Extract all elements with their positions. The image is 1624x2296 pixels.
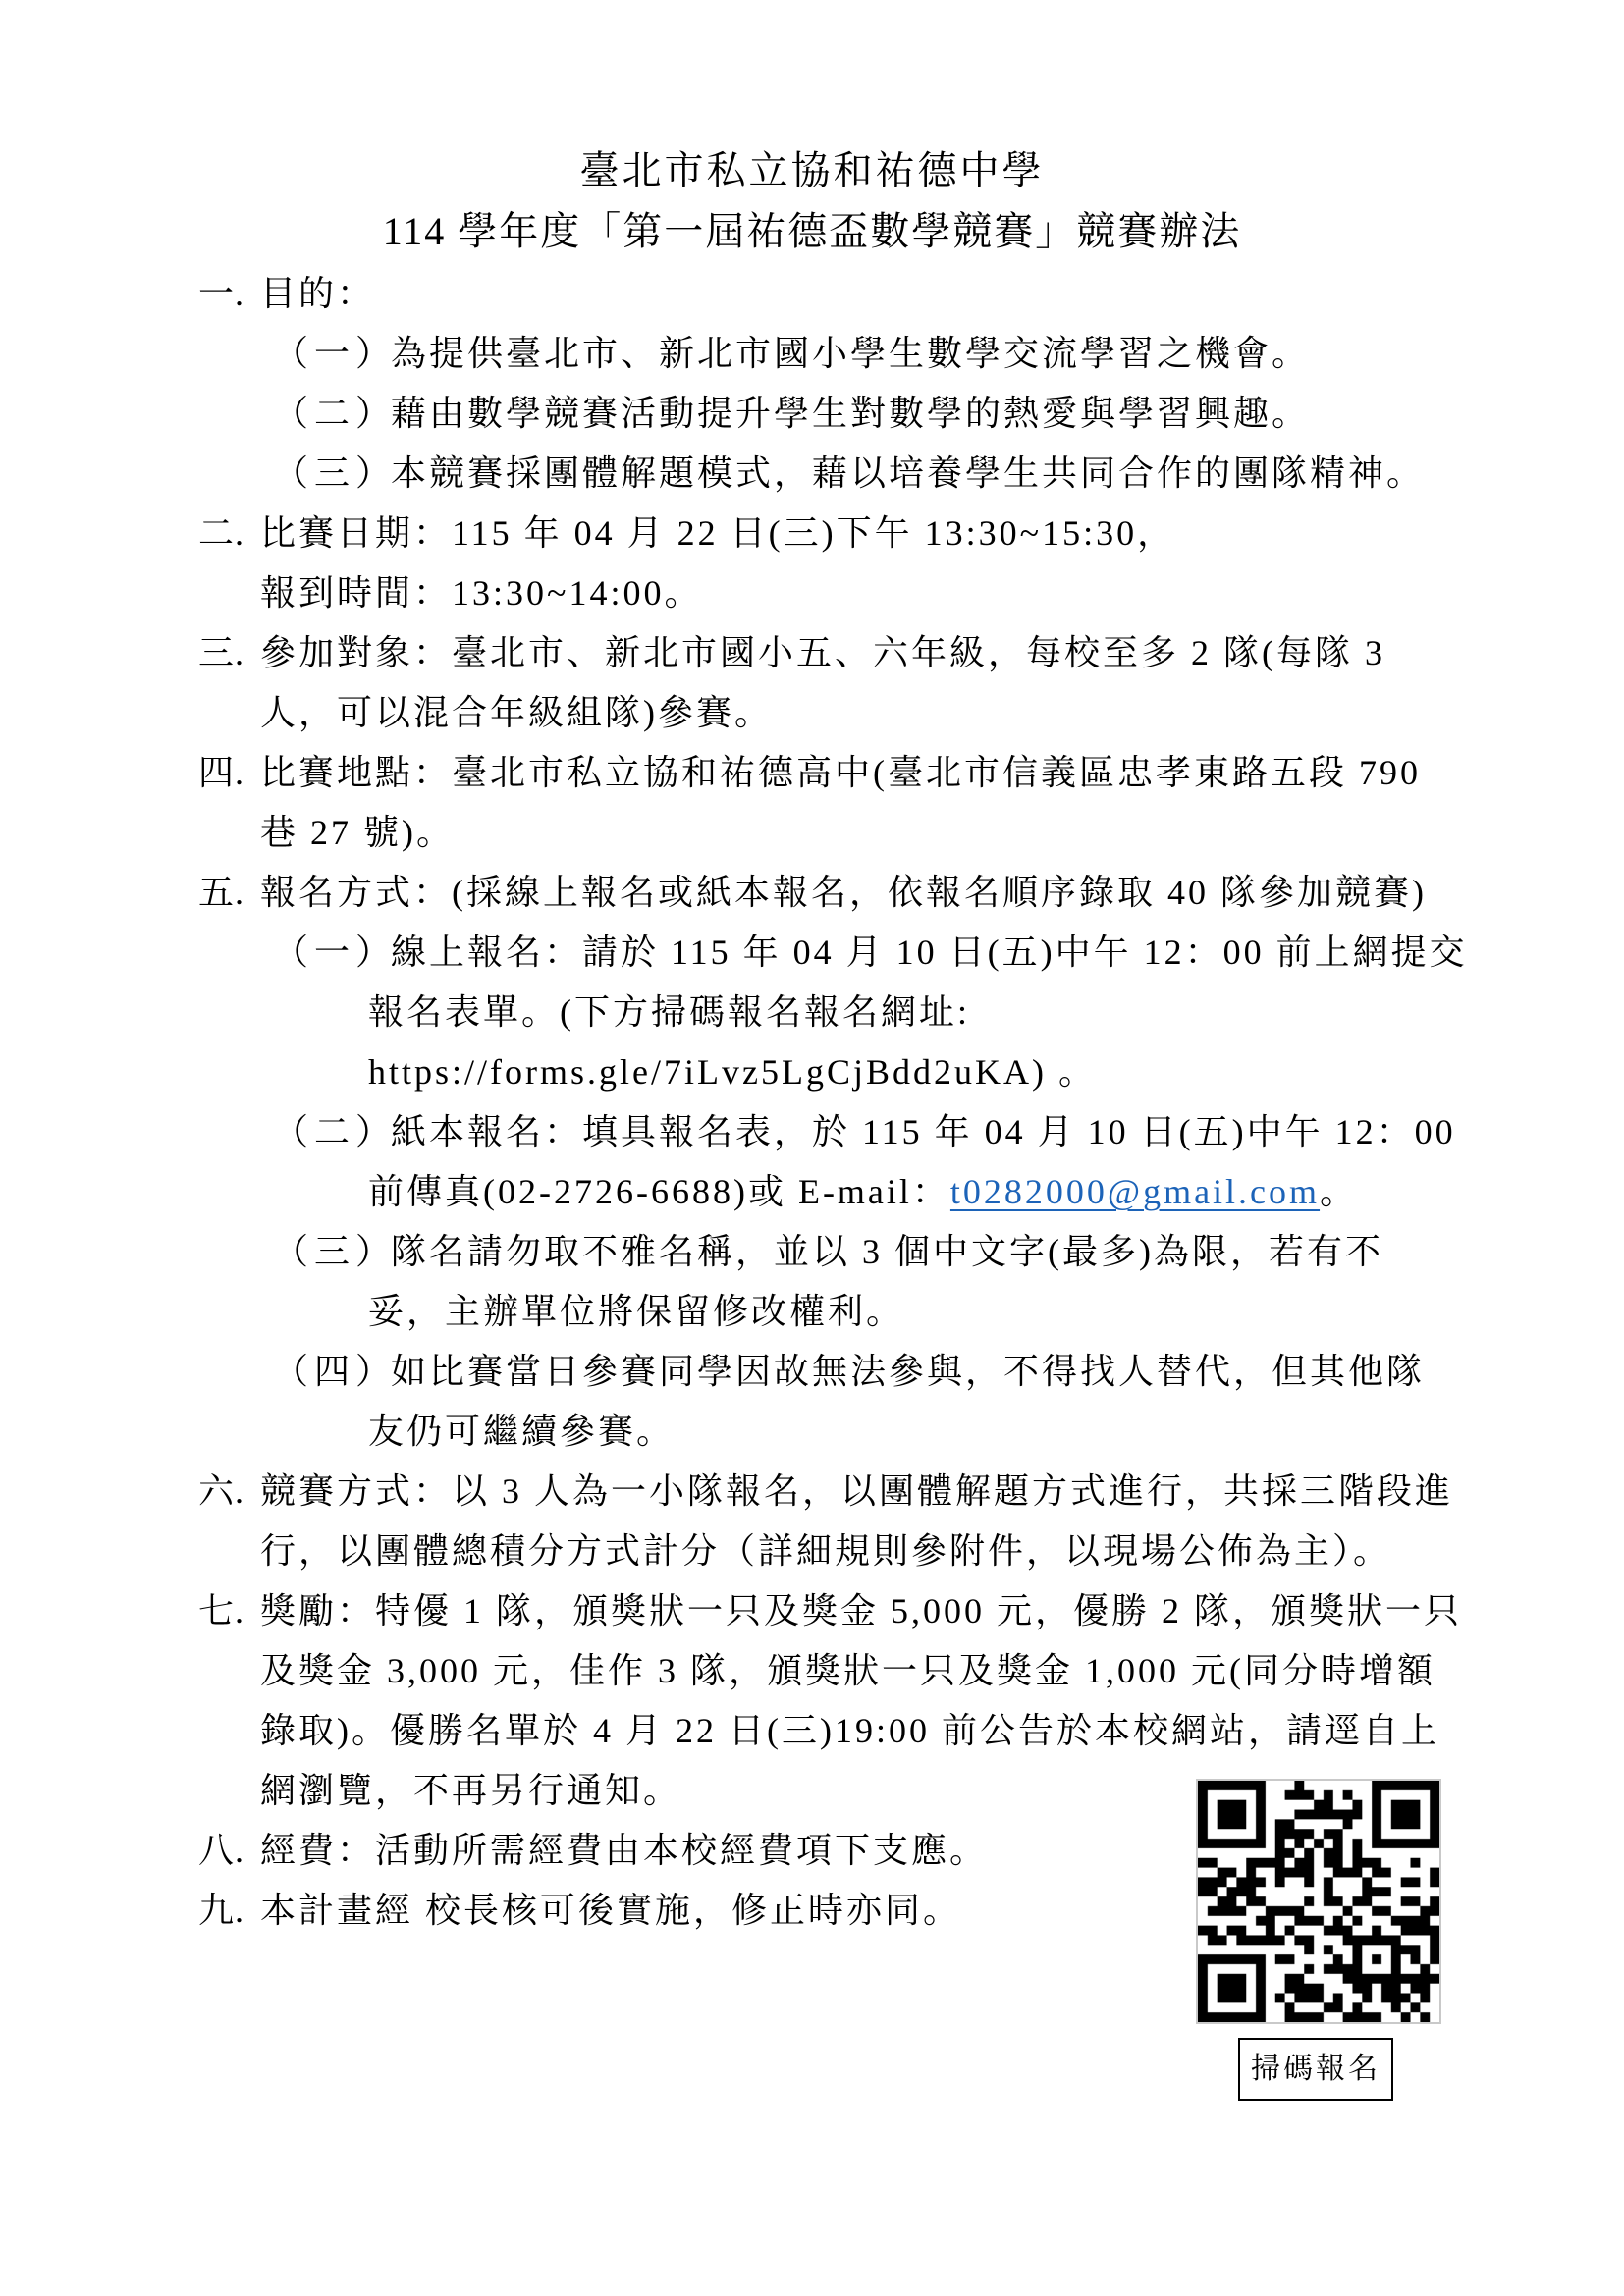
section-text-continuation: 錄取)。優勝名單於 4 月 22 日(三)19:00 前公告於本校網站，請逕自上 [157,1701,1467,1761]
sub-item-marker: （二） [273,384,397,444]
sub-item-team-name-rule: （三） 隊名請勿取不雅名稱，並以 3 個中文字(最多)為限，若有不 [157,1222,1467,1282]
sub-item-marker: （一） [273,923,397,983]
section-text: 比賽日期：115 年 04 月 22 日(三)下午 13:30~15:30， [260,513,1175,553]
section-text: 參加對象：臺北市、新北市國小五、六年級，每校至多 2 隊(每隊 3 [260,633,1385,672]
qr-caption-box: 掃碼報名 [1238,2038,1393,2101]
email-line-suffix: 。 [1320,1172,1358,1211]
section-number: 六. [198,1462,244,1522]
sub-item: （三） 本競賽採團體解題模式，藉以培養學生共同合作的團隊精神。 [157,444,1467,504]
section-text: 獎勵：特優 1 隊，頒獎狀一只及獎金 5,000 元，優勝 2 隊，頒獎狀一只 [260,1591,1462,1630]
section-text-continuation: 行，以團體總積分方式計分（詳細規則參附件，以現場公佈為主）。 [157,1522,1467,1581]
sub-item-text: 本競賽採團體解題模式，藉以培養學生共同合作的團隊精神。 [391,454,1425,493]
document-title: 114 學年度「第一屆祐德盃數學競賽」競賽辦法 [157,199,1467,264]
email-line-prefix: 前傳真(02-2726-6688)或 E-mail： [368,1172,950,1211]
sub-item-text: 藉由數學競賽活動提升學生對數學的熱愛與學習興趣。 [391,394,1310,433]
section-venue: 四. 比賽地點：臺北市私立協和祐德高中(臺北市信義區忠孝東路五段 790 [157,743,1467,803]
sub-item-continuation: 友仍可繼續參賽。 [157,1402,1467,1462]
sub-item-online-registration: （一） 線上報名：請於 115 年 04 月 10 日(五)中午 12：00 前… [157,923,1467,983]
sub-item-marker: （二） [273,1102,397,1162]
sub-item-marker: （三） [273,1222,397,1282]
section-format: 六. 競賽方式：以 3 人為一小隊報名，以團體解題方式進行，共採三階段進 [157,1462,1467,1522]
section-purpose: 一. 目的： [157,264,1467,324]
section-date: 二. 比賽日期：115 年 04 月 22 日(三)下午 13:30~15:30… [157,504,1467,563]
sub-item-marker: （四） [273,1342,397,1402]
section-number: 五. [198,863,244,923]
registration-url-text: https://forms.gle/7iLvz5LgCjBdd2uKA) 。 [157,1042,1467,1102]
sub-item-text: 紙本報名：填具報名表，於 115 年 04 月 10 日(五)中午 12：00 [391,1112,1456,1151]
document-page: 臺北市私立協和祐德中學 114 學年度「第一屆祐德盃數學競賽」競賽辦法 一. 目… [0,0,1624,2296]
sub-item-substitution-rule: （四） 如比賽當日參賽同學因故無法參與，不得找人替代，但其他隊 [157,1342,1467,1402]
section-text-continuation: 巷 27 號)。 [157,803,1467,863]
sub-item-marker: （一） [273,324,397,384]
sub-item-text: 隊名請勿取不雅名稱，並以 3 個中文字(最多)為限，若有不 [391,1232,1383,1271]
school-name-title: 臺北市私立協和祐德中學 [157,142,1467,199]
section-number: 二. [198,504,244,563]
sub-item: （一） 為提供臺北市、新北市國小學生數學交流學習之機會。 [157,324,1467,384]
sub-item-text: 為提供臺北市、新北市國小學生數學交流學習之機會。 [391,334,1310,373]
sub-item-text: 如比賽當日參賽同學因故無法參與，不得找人替代，但其他隊 [391,1352,1425,1391]
section-text: 競賽方式：以 3 人為一小隊報名，以團體解題方式進行，共採三階段進 [260,1471,1453,1511]
section-registration: 五. 報名方式：(採線上報名或紙本報名，依報名順序錄取 40 隊參加競賽) [157,863,1467,923]
section-number: 九. [198,1881,244,1941]
section-text-continuation: 人，可以混合年級組隊)參賽。 [157,683,1467,743]
section-text: 目的： [260,274,375,313]
qr-code-canvas [1198,1781,1439,2022]
sub-item-continuation: 報名表單。(下方掃碼報名報名網址: [157,983,1467,1042]
email-link[interactable]: t0282000@gmail.com [950,1172,1320,1211]
section-number: 三. [198,623,244,683]
sub-item: （二） 藉由數學競賽活動提升學生對數學的熱愛與學習興趣。 [157,384,1467,444]
document-content: 臺北市私立協和祐德中學 114 學年度「第一屆祐德盃數學競賽」競賽辦法 一. 目… [157,142,1467,1941]
section-eligibility: 三. 參加對象：臺北市、新北市國小五、六年級，每校至多 2 隊(每隊 3 [157,623,1467,683]
section-number: 八. [198,1821,244,1881]
section-text: 比賽地點：臺北市私立協和祐德高中(臺北市信義區忠孝東路五段 790 [260,753,1421,792]
sub-item-continuation-email-line: 前傳真(02-2726-6688)或 E-mail：t0282000@gmail… [157,1162,1467,1222]
section-text: 經費：活動所需經費由本校經費項下支應。 [260,1831,988,1870]
section-text-continuation: 報到時間：13:30~14:00。 [157,563,1467,623]
section-number: 四. [198,743,244,803]
section-number: 七. [198,1581,244,1641]
section-text-continuation: 及獎金 3,000 元，佳作 3 隊，頒獎狀一只及獎金 1,000 元(同分時增… [157,1641,1467,1701]
sub-item-text: 線上報名：請於 115 年 04 月 10 日(五)中午 12：00 前上網提交 [391,933,1468,972]
sub-item-continuation: 妥，主辦單位將保留修改權利。 [157,1282,1467,1342]
sub-item-marker: （三） [273,444,397,504]
qr-code-image [1196,1779,1441,2024]
section-awards: 七. 獎勵：特優 1 隊，頒獎狀一只及獎金 5,000 元，優勝 2 隊，頒獎狀… [157,1581,1467,1641]
sub-item-paper-registration: （二） 紙本報名：填具報名表，於 115 年 04 月 10 日(五)中午 12… [157,1102,1467,1162]
section-text: 本計畫經 校長核可後實施，修正時亦同。 [260,1891,961,1930]
section-text: 報名方式：(採線上報名或紙本報名，依報名順序錄取 40 隊參加競賽) [260,873,1427,912]
section-number: 一. [198,264,244,324]
